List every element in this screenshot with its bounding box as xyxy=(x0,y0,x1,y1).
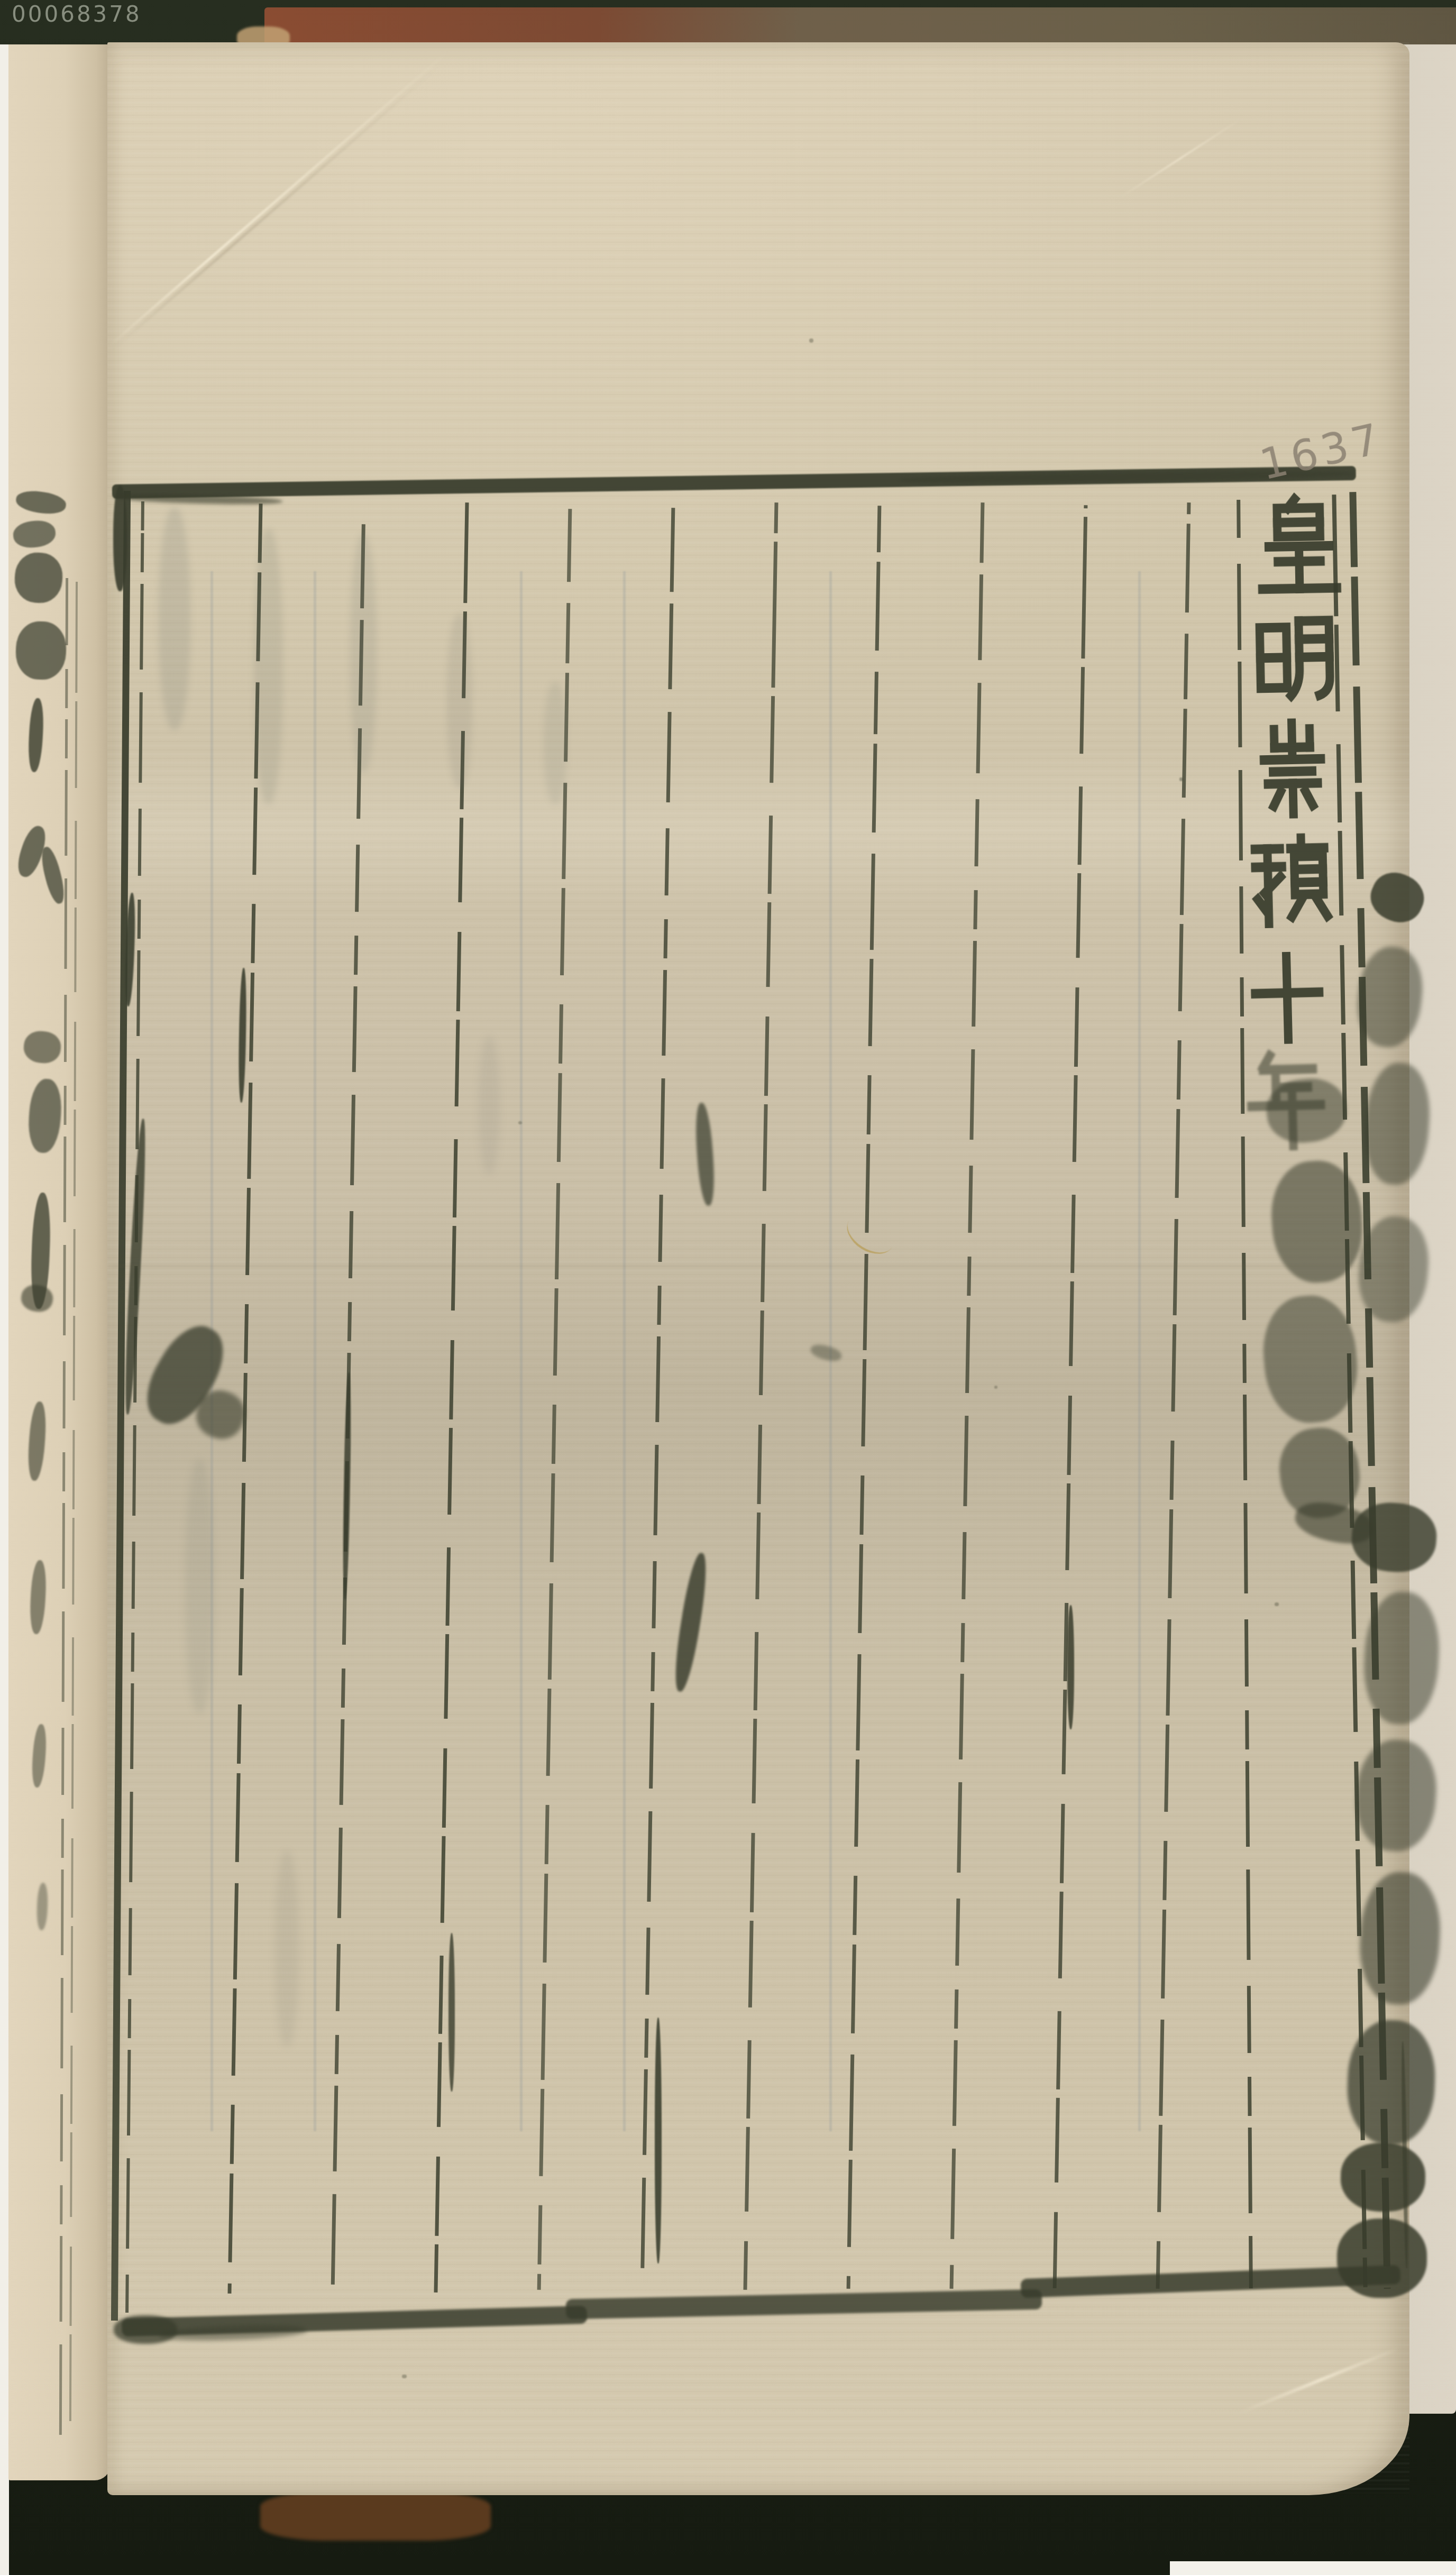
ink-smudge xyxy=(1268,1158,1366,1285)
bleed-through-ghost-mark xyxy=(479,1037,500,1174)
ink-smudge xyxy=(1275,1602,1279,1606)
ink-smudge xyxy=(36,1883,48,1931)
ink-smudge xyxy=(1179,777,1183,781)
book-scan-background: 00068378 1637 xyxy=(0,0,1456,2575)
column-rule xyxy=(950,502,985,2289)
ink-smudge xyxy=(29,1560,47,1634)
kanji-character-glyph xyxy=(1250,606,1341,708)
kanji-character-glyph xyxy=(1244,831,1335,934)
bleed-through-ghost-mark xyxy=(544,682,567,804)
facing-fold-rule xyxy=(69,561,78,2433)
column-rule xyxy=(847,506,882,2289)
ink-smudge xyxy=(655,2018,662,2264)
facing-fold-rule xyxy=(59,561,68,2443)
ink-smudge xyxy=(38,845,68,905)
ink-smudge xyxy=(1067,1605,1074,1729)
ghost-rule xyxy=(623,571,626,2131)
ink-smudge xyxy=(238,968,247,1103)
bleed-through-ghost-mark xyxy=(159,508,190,730)
ink-smudge xyxy=(26,1078,63,1154)
kanji-character-glyph xyxy=(1240,1050,1331,1153)
ink-smudge xyxy=(1363,865,1431,930)
column-rule xyxy=(1156,502,1191,2289)
frame-right-outer-border xyxy=(1349,492,1390,2289)
ink-smudge xyxy=(1353,1737,1440,1854)
ink-smudge xyxy=(12,519,57,549)
ink-smudge xyxy=(670,1552,711,1693)
ghost-rule xyxy=(520,571,523,2131)
ink-smudge xyxy=(15,489,68,517)
ghost-rule xyxy=(314,571,316,2131)
ink-smudge xyxy=(809,338,813,343)
ink-smudge xyxy=(809,1342,844,1364)
column-rule xyxy=(1053,505,1088,2288)
ink-smudge xyxy=(402,2375,407,2378)
ink-smudge xyxy=(22,1030,62,1065)
ink-smudge xyxy=(114,2315,177,2344)
ink-smudge xyxy=(518,1121,522,1124)
kanji-character-glyph xyxy=(1253,496,1344,598)
ink-smudge xyxy=(1345,2019,1437,2146)
bleed-through-ghost-mark xyxy=(275,1851,299,2047)
ink-smudge xyxy=(113,485,127,591)
ink-smudge xyxy=(13,551,64,604)
bleed-through-ghost-mark xyxy=(350,534,377,772)
kanji-character-glyph xyxy=(1247,718,1338,820)
ink-smudge xyxy=(342,1372,352,1600)
ink-smudge xyxy=(1337,2219,1427,2298)
column-rule xyxy=(744,502,779,2290)
ink-smudge xyxy=(27,698,44,772)
ink-smudge xyxy=(26,1401,48,1481)
ink-smudge xyxy=(994,1386,997,1389)
bleed-through-ghost-mark xyxy=(254,529,283,804)
ink-smudge xyxy=(1361,1061,1433,1187)
bleed-through-ghost-mark xyxy=(447,613,472,788)
ink-smudge xyxy=(31,1724,48,1788)
bleed-through-ghost-mark xyxy=(185,1460,214,1713)
ink-smudge xyxy=(15,620,67,680)
ink-smudge xyxy=(1357,1870,1443,2006)
ink-smudge xyxy=(1340,2142,1426,2213)
ink-smudge xyxy=(113,493,282,506)
ghost-rule xyxy=(1138,571,1141,2131)
ink-smudge xyxy=(1350,1500,1439,1575)
ink-smudge xyxy=(19,1282,55,1314)
printed-frame xyxy=(0,0,1456,2575)
ink-smudge xyxy=(448,1933,455,2092)
frame-bottom-border xyxy=(566,2289,1042,2320)
kanji-character-glyph xyxy=(1242,946,1333,1048)
ink-smudge xyxy=(693,1102,717,1206)
